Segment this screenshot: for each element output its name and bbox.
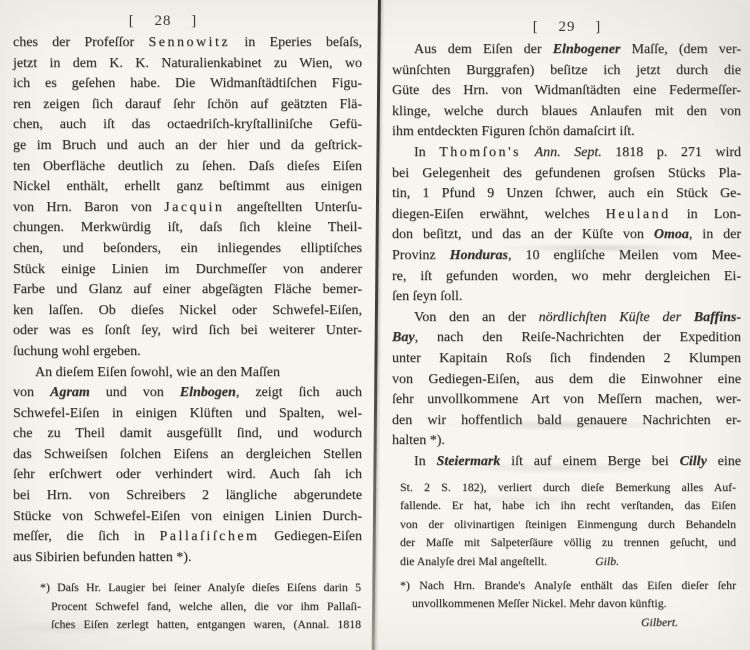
text-line: Stücke von Schwefel-Eiſen von einigen Li… — [13, 507, 362, 528]
text-segment: Stücke von Schwefel-Eiſen von einigen Li… — [13, 509, 362, 524]
text-segment: angeſtellten Unterſu- — [224, 200, 362, 215]
text-segment: meſſer, die ſich in — [13, 529, 159, 544]
text-segment: Gediegen-Eiſen — [259, 529, 362, 544]
text-line: *) Nach Hrn. Brande's Analyſe enthält da… — [400, 576, 736, 594]
text-segment-bi: Bay — [392, 330, 415, 345]
text-line: den wir hoffentlich bald genauere Nachri… — [392, 411, 741, 432]
text-line: aus Sibirien befunden hatten *). — [13, 548, 362, 569]
text-line: klinge, welche durch blaues Anlaufen mit… — [392, 102, 741, 123]
text-segment: Aus dem Eiſen der — [414, 42, 553, 57]
text-segment: in Lon- — [671, 207, 741, 222]
text-segment: che zu Theil damit ausgefüllt ſind, und … — [13, 426, 362, 441]
text-segment: unter Kapitain Roſs ſich findenden 2 Klu… — [392, 351, 741, 366]
text-line: wünſchten Burggrafen) beſitze ich jetzt … — [392, 61, 741, 82]
text-segment: von der olivinartigen ſteinigen Einmengu… — [400, 517, 736, 531]
text-segment: von — [13, 385, 50, 400]
text-line: ſches Eiſen zerlegt hatten, entgangen wa… — [40, 615, 361, 634]
text-segment-sp: Jacquin — [164, 200, 224, 215]
text-segment: In — [414, 454, 437, 469]
text-line: Aus dem Eiſen der Elnbogener Maſſe, (dem… — [392, 40, 741, 61]
text-segment-bi: Elnbogener — [553, 42, 621, 57]
text-segment-sp: Thomſon's — [439, 145, 521, 160]
text-segment: der Maſſe mit Salpeterſäure völlig zu tr… — [400, 535, 736, 549]
text-segment: Von den an der — [414, 310, 539, 325]
page-number-right: [ 29 ] — [395, 19, 739, 36]
text-segment: ſen ſeyn ſoll. — [392, 289, 462, 304]
text-line: fallende. Er hat, habe ich ihn recht ver… — [400, 496, 736, 514]
text-segment: ren zeigen ſich darauf ſehr ſchön auf ge… — [13, 97, 362, 112]
text-segment: diegen-Eiſen erwähnt, welches — [392, 207, 606, 222]
text-line: ſen ſeyn ſoll. — [392, 287, 741, 308]
text-line: Procent Schwefel fand, welche allen, die… — [40, 597, 361, 616]
text-line: der Maſſe mit Salpeterſäure völlig zu tr… — [400, 533, 736, 551]
text-line: diegen-Eiſen erwähnt, welches Heuland in… — [392, 205, 741, 226]
text-line: bei Gelegenheit des gefundenen groſsen S… — [392, 164, 741, 185]
text-segment: ches der Profeſſor — [13, 35, 148, 50]
text-segment: ſuchung wohl ergeben. — [13, 344, 141, 359]
text-segment: *) Daſs Hr. Laugier bei ſeiner Analyſe d… — [40, 580, 361, 594]
text-segment-bi: Elnbogen — [180, 385, 236, 400]
text-segment-bi: Honduras — [450, 248, 508, 263]
text-line: In Steiermark iſt auf einem Berge bei Ci… — [392, 452, 741, 473]
text-segment: fallende. Er hat, habe ich ihn recht ver… — [400, 498, 736, 512]
text-segment-bi: Baffins- — [694, 310, 741, 325]
text-segment: , nach den Reiſe-Nachrichten der Expedit… — [415, 330, 741, 345]
page-gutter-divider — [372, 0, 381, 650]
text-segment: don beſitzt, und das an der Küſte von — [392, 227, 654, 242]
book-spread-scan: [ 28 ] ches der Profeſſor Sennowitz in E… — [0, 0, 750, 650]
page-right-body: Aus dem Eiſen der Elnbogener Maſſe, (dem… — [392, 40, 741, 472]
text-segment: 1818 p. 271 wird — [602, 145, 741, 160]
page-left-footnotes: *) Daſs Hr. Laugier bei ſeiner Analyſe d… — [40, 578, 361, 634]
text-segment-i: Gilbert. — [641, 615, 678, 629]
text-segment: von Gediegen-Eiſen, aus dem die Einwohne… — [392, 372, 741, 387]
text-segment: An dieſem Eiſen ſowohl, wie an den Maſſe… — [35, 365, 280, 380]
text-line: Gilbert. — [400, 613, 736, 631]
text-segment: ſches Eiſen zerlegt hatten, entgangen wa… — [51, 617, 361, 631]
text-segment-i: nördlichſten Küſte der — [539, 310, 694, 325]
text-segment: chungen. Merkwürdig iſt, daſs ſich klein… — [13, 220, 362, 235]
text-line: St. 2 S. 182), verliert durch dieſe Beme… — [400, 478, 736, 496]
text-line: tin, 1 Pfund 9 Unzen ſchwer, auch ein St… — [392, 184, 741, 205]
text-line: Nickel enthält, erhellt ganz beſtimmt au… — [13, 177, 362, 198]
text-segment: , zeigt ſich auch — [236, 385, 362, 400]
text-segment: St. 2 S. 182), verliert durch dieſe Beme… — [400, 480, 736, 494]
text-line: ſehr unvollkommene Art von Meſſern mache… — [392, 390, 741, 411]
text-line: meſſer, die ſich in Pallaſiſchem Gediege… — [13, 527, 362, 548]
text-segment: den wir hoffentlich bald genauere Nachri… — [392, 413, 741, 428]
text-line: bei Hrn. von Schreibers 2 längliche abge… — [13, 486, 362, 507]
text-segment: das Schweiſsen ſolchen Eiſens an derglei… — [13, 447, 362, 462]
text-segment: re, iſt gefunden worden, wo mehr derglei… — [392, 269, 741, 284]
text-line: ſehr erſchwert oder verhindert wird. Auc… — [13, 465, 362, 486]
text-segment: tin, 1 Pfund 9 Unzen ſchwer, auch ein St… — [392, 186, 741, 201]
text-segment: aus Sibirien befunden hatten *). — [13, 550, 191, 565]
page-left-body: ches der Profeſſor Sennowitz in Eperies … — [13, 33, 362, 568]
text-line: Schwefel-Eiſen in einigen Klüften und Sp… — [13, 404, 362, 425]
text-segment: Schwefel-Eiſen in einigen Klüften und Sp… — [13, 406, 362, 421]
text-line: unvollkommenen Meſſer Nickel. Mehr davon… — [400, 594, 736, 612]
text-segment-bi: Agram — [50, 385, 90, 400]
text-line: chen, und beſonders, ein inliegendes ell… — [13, 239, 362, 260]
text-segment: chen, auch iſt das octaedriſch-kryſtalli… — [13, 117, 362, 132]
text-segment: , 10 engliſche Meilen vom Mee- — [508, 248, 741, 263]
text-segment: in Eperies beſaſs, — [230, 35, 362, 50]
text-segment: Nickel enthält, erhellt ganz beſtimmt au… — [13, 179, 362, 194]
text-line: oder was es ſonſt ſey, wird ſich bei wei… — [13, 321, 362, 342]
text-line: von Gediegen-Eiſen, aus dem die Einwohne… — [392, 370, 741, 391]
text-line: Provinz Honduras, 10 engliſche Meilen vo… — [392, 246, 741, 267]
text-segment-sp: Sennowitz — [148, 35, 230, 50]
text-line: chen, auch iſt das octaedriſch-kryſtalli… — [13, 115, 362, 136]
text-segment: iſt auf einem Berge bei — [500, 454, 679, 469]
page-right-footnotes: St. 2 S. 182), verliert durch dieſe Beme… — [400, 478, 736, 631]
text-segment: ge im Bruch und auch an der hier und da … — [13, 138, 362, 153]
text-line: jetzt in dem K. K. Naturalienkabinet zu … — [13, 54, 362, 75]
text-segment-bi: Steiermark — [437, 454, 501, 469]
text-segment: *) Nach Hrn. Brande's Analyſe enthält da… — [400, 578, 736, 592]
text-line: die Analyſe drei Mal angeſtellt.Gilb. — [400, 552, 736, 570]
text-line: ches der Profeſſor Sennowitz in Eperies … — [13, 33, 362, 54]
text-segment-gi: Gilb. — [595, 554, 619, 568]
text-line: Stück einige Linien im Durchmeſſer von a… — [13, 260, 362, 281]
text-segment: In — [414, 145, 439, 160]
text-segment: chen, und beſonders, ein inliegendes ell… — [13, 241, 362, 256]
text-segment: von Hrn. Baron von — [13, 200, 164, 215]
text-line: das Schweiſsen ſolchen Eiſens an derglei… — [13, 445, 362, 466]
text-segment: Provinz — [392, 248, 450, 263]
text-line: ihm entdeckten Figuren ſchön damaſcirt i… — [392, 122, 741, 143]
text-line: ſuchung wohl ergeben. — [13, 342, 362, 363]
text-line: ich es geſehen habe. Die Widmanſtädtiſch… — [13, 74, 362, 95]
text-line: Von den an der nördlichſten Küſte der Ba… — [392, 308, 741, 329]
text-segment: , in der — [689, 227, 741, 242]
text-segment: Güte des Hrn. von Widmanſtädten eine Fed… — [392, 83, 741, 98]
text-segment: Farbe und Glanz auf einer abgeſägten Flä… — [13, 282, 362, 297]
text-segment-sp: Pallaſiſchem — [159, 529, 259, 544]
text-segment: jetzt in dem K. K. Naturalienkabinet zu … — [13, 56, 362, 71]
text-segment: oder was es ſonſt ſey, wird ſich bei wei… — [13, 323, 362, 338]
text-segment: ken laſſen. Ob dieſes Nickel oder Schwef… — [13, 303, 362, 318]
text-segment — [521, 145, 535, 160]
text-line: von Agram und von Elnbogen, zeigt ſich a… — [13, 383, 362, 404]
text-segment: bei Hrn. von Schreibers 2 längliche abge… — [13, 488, 362, 503]
text-line: chungen. Merkwürdig iſt, daſs ſich klein… — [13, 218, 362, 239]
text-line: Bay, nach den Reiſe-Nachrichten der Expe… — [392, 328, 741, 349]
text-segment: bei Gelegenheit des gefundenen groſsen S… — [392, 166, 741, 181]
text-segment-bi: Cilly — [680, 454, 707, 469]
text-segment: ſehr unvollkommene Art von Meſſern mache… — [392, 392, 741, 407]
text-line: von Hrn. Baron von Jacquin angeſtellten … — [13, 198, 362, 219]
text-segment: und von — [90, 385, 180, 400]
text-line: In Thomſon's Ann. Sept. 1818 p. 271 wird — [392, 143, 741, 164]
text-segment: halten *). — [392, 433, 445, 448]
text-segment: klinge, welche durch blaues Anlaufen mit… — [392, 104, 741, 119]
text-segment-sp: Heuland — [606, 207, 671, 222]
text-line: ren zeigen ſich darauf ſehr ſchön auf ge… — [13, 95, 362, 116]
text-line: *) Daſs Hr. Laugier bei ſeiner Analyſe d… — [40, 578, 361, 597]
text-segment: ſehr erſchwert oder verhindert wird. Auc… — [13, 467, 362, 482]
page-number-left: [ 28 ] — [13, 13, 313, 30]
text-line: unter Kapitain Roſs ſich findenden 2 Klu… — [392, 349, 741, 370]
text-segment: ich es geſehen habe. Die Widmanſtädtiſch… — [13, 76, 362, 91]
text-segment: Stück einige Linien im Durchmeſſer von a… — [13, 262, 362, 277]
text-segment: Procent Schwefel fand, welche allen, die… — [51, 599, 361, 613]
text-line: re, iſt gefunden worden, wo mehr derglei… — [392, 267, 741, 288]
text-line: che zu Theil damit ausgefüllt ſind, und … — [13, 424, 362, 445]
text-segment: wünſchten Burggrafen) beſitze ich jetzt … — [392, 63, 741, 78]
text-segment-i: Ann. Sept. — [535, 145, 602, 160]
text-line: von der olivinartigen ſteinigen Einmengu… — [400, 515, 736, 533]
text-line: ge im Bruch und auch an der hier und da … — [13, 136, 362, 157]
text-line: Farbe und Glanz auf einer abgeſägten Flä… — [13, 280, 362, 301]
text-segment: ten Oberfläche deutlich zu ſehen. Daſs d… — [13, 159, 362, 174]
text-segment: unvollkommenen Meſſer Nickel. Mehr davon… — [412, 596, 667, 610]
text-segment: ihm entdeckten Figuren ſchön damaſcirt i… — [392, 124, 635, 139]
text-line: ten Oberfläche deutlich zu ſehen. Daſs d… — [13, 157, 362, 178]
text-segment-bi: Omoa — [654, 227, 689, 242]
text-line: don beſitzt, und das an der Küſte von Om… — [392, 225, 741, 246]
text-segment: die Analyſe drei Mal angeſtellt. — [400, 554, 547, 568]
text-line: halten *). — [392, 431, 741, 452]
text-line: An dieſem Eiſen ſowohl, wie an den Maſſe… — [13, 363, 362, 384]
text-segment: Maſſe, (dem ver- — [620, 42, 741, 57]
text-segment: eine — [707, 454, 741, 469]
text-line: ken laſſen. Ob dieſes Nickel oder Schwef… — [13, 301, 362, 322]
text-line: Güte des Hrn. von Widmanſtädten eine Fed… — [392, 81, 741, 102]
